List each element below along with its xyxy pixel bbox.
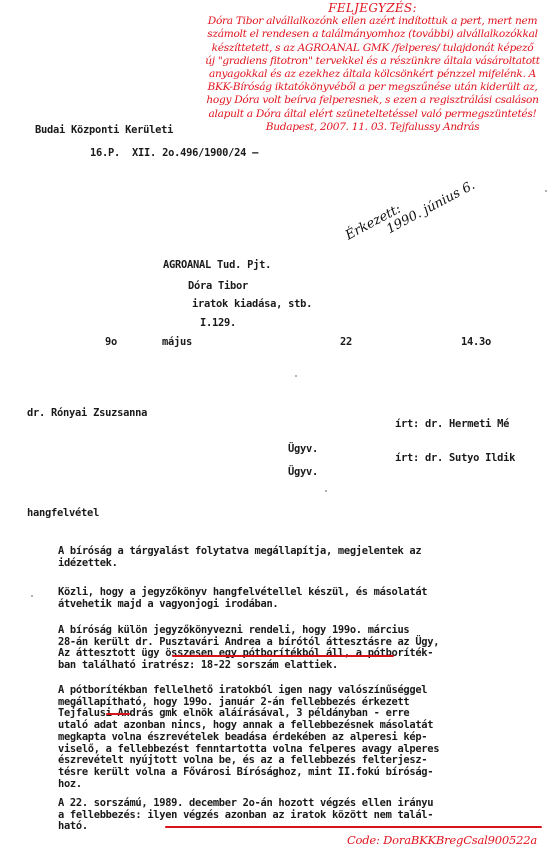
annotation-title: FELJEGYZÉS: <box>188 2 557 15</box>
annotation-line: új "gradiens fitotron" tervekkel és a ré… <box>188 55 557 68</box>
annotation-line: anyagokkal és az ezekhez általa kölcsönk… <box>188 68 557 81</box>
annotation-line: Dóra Tibor alvállalkozónk ellen azért in… <box>188 15 557 28</box>
annotation-signature: Budapest, 2007. 11. 03. Tejfalussy Andrá… <box>188 121 557 134</box>
record-type: hangfelvétel <box>27 507 99 519</box>
red-underline <box>106 713 130 715</box>
scan-speck <box>545 190 547 192</box>
hearing-time: 14.3o <box>461 336 491 348</box>
red-annotation: FELJEGYZÉS: Dóra Tibor alvállalkozónk el… <box>188 2 557 134</box>
room-number: I.129. <box>200 317 236 329</box>
scan-speck <box>295 375 297 377</box>
subject: iratok kiadása, stb. <box>192 298 312 310</box>
paragraph-4: A pótborítékban fellelhető iratokból ige… <box>58 685 439 790</box>
paragraph-1: A bíróság a tárgyalást folytatva megálla… <box>58 546 421 569</box>
annotation-line: számolt el rendesen a találmányomhoz (to… <box>188 28 557 41</box>
representative-1-label: Ügyv. <box>288 443 318 455</box>
hearing-month: május <box>162 336 192 348</box>
case-number: 16.P. XII. 2o.496/1900/24 — <box>90 147 258 159</box>
plaintiff: AGROANAL Tud. Pjt. <box>163 259 271 271</box>
document-code: Code: DoraBKKBregCsal900522a <box>347 833 537 847</box>
scan-speck <box>325 490 327 492</box>
annotation-line: készíttetett, s az AGROANAL GMK /felpere… <box>188 42 557 55</box>
paragraph-2: Közli, hogy a jegyzőkönyv hangfelvételle… <box>58 587 427 610</box>
judge-name: dr. Rónyai Zsuzsanna <box>27 407 147 419</box>
annotation-line: hogy Dóra volt beírva felperesnek, s eze… <box>188 94 557 107</box>
scan-speck <box>31 595 33 597</box>
representative-2: írt: dr. Sutyo Ildik <box>395 452 515 464</box>
representative-1: írt: dr. Hermeti Mé <box>395 418 509 430</box>
representative-2-label: Ügyv. <box>288 466 318 478</box>
defendant: Dóra Tibor <box>188 280 248 292</box>
annotation-line: alapult a Dóra által elért szüneteltetés… <box>188 108 557 121</box>
hearing-day: 22 <box>340 336 352 348</box>
red-underline <box>172 655 394 657</box>
hearing-year: 9o <box>105 336 117 348</box>
paragraph-3: A bíróság külön jegyzőkönyvezni rendeli,… <box>58 625 439 672</box>
red-underline <box>165 826 542 828</box>
annotation-line: BKK-Bíróság iktatókönyvéből a per megszű… <box>188 81 557 94</box>
court-name: Budai Központi Kerületi <box>35 124 173 136</box>
